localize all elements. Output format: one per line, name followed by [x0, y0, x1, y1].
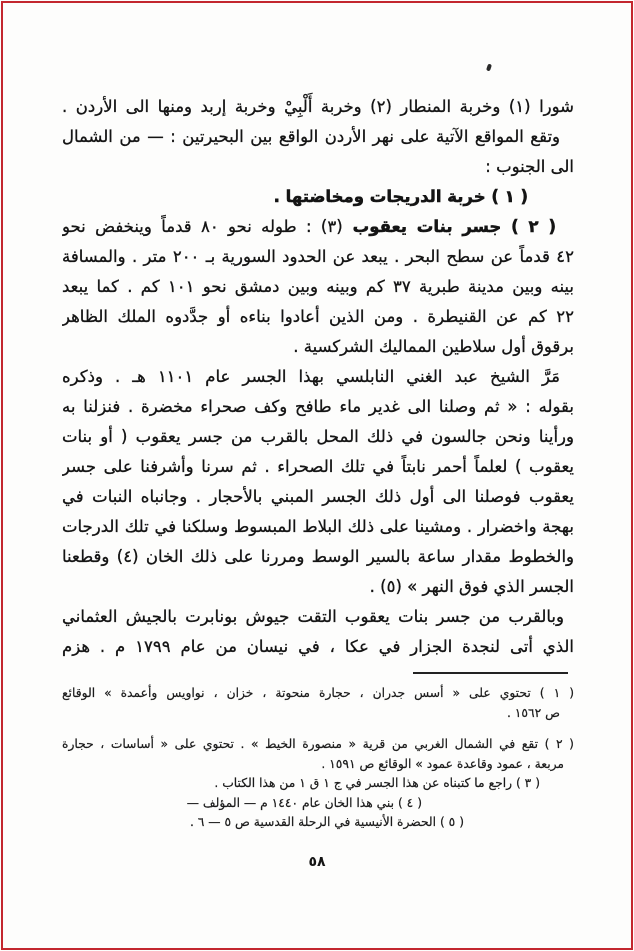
body-line: الى الجنوب : — [62, 152, 574, 182]
footnote-line: ( ٤ ) بني هذا الخان عام ١٤٤٠ م — المؤلف … — [0, 794, 422, 814]
body-line: والخطوط مقدار ساعة بالسير الوسط ومررنا ع… — [62, 542, 574, 572]
body-line: يعقوب ) لعلماً أحمر نابتاً في تلك الصحرا… — [62, 452, 574, 482]
book-page: شورا (١) وخربة المنطار (٢) وخربة أَلْبِي… — [0, 0, 634, 951]
body-line: بينه وبين مدينة طبرية ٣٧ كم وبينه وبين د… — [62, 272, 574, 302]
body-line: ٢٢ كم عن القنيطرة . ومن الذين أعادوا بنا… — [62, 302, 574, 332]
body-line: برقوق أول سلاطين المماليك الشركسية . — [62, 332, 574, 362]
body-line: مَرَّ الشيخ عبد الغني النابلسي بهذا الجس… — [62, 362, 574, 392]
body-line: وبالقرب من جسر بنات يعقوب التقت جيوش بون… — [62, 602, 574, 632]
body-line: ٤٢ قدماً عن سطح البحر . يبعد عن الحدود ا… — [62, 242, 574, 272]
body-line: شورا (١) وخربة المنطار (٢) وخربة أَلْبِي… — [62, 92, 574, 122]
footnote-line: مربعة ، عمود وقاعدة عمود » الوقائع ص ١٥٩… — [52, 755, 564, 775]
heading-rest-text: (٣) : طوله نحو ٨٠ قدماً وينخفض نحو — [62, 217, 343, 236]
body-line: ورأينا ونحن جالسون في ذلك المحل بالقرب م… — [62, 422, 574, 452]
footnote-line: ( ٣ ) راجع ما كتبناه عن هذا الجسر في ج ١… — [28, 774, 540, 794]
scanned-book-page: { "page": { "number": "٥٨", "border_colo… — [0, 0, 634, 951]
footnote-separator — [413, 672, 568, 674]
footnote-line: ص ١٥٦٢ . — [48, 704, 560, 724]
heading-bold-text: ( ٢ ) جسر بنات يعقوب — [353, 217, 556, 236]
footnote-line: ( ٥ ) الحضرة الأنيسية في الرحلة القدسية … — [0, 813, 464, 833]
body-line: وتقع المواقع الآتية على نهر الأردن الواق… — [62, 122, 574, 152]
body-line: الجسر الذي فوق النهر » (٥) . — [62, 572, 574, 602]
body-line: بقوله : « ثم وصلنا الى غدير ماء طافح وكف… — [62, 392, 574, 422]
body-line: الذي أتى لنجدة الجزار في عكا ، في نيسان … — [62, 632, 574, 662]
body-line-heading: ( ١ ) خربة الدريجات ومخاضتها . — [62, 182, 574, 212]
body-line-heading: ( ٢ ) جسر بنات يعقوب(٣) : طوله نحو ٨٠ قد… — [62, 212, 574, 242]
footnote-line: ( ١ ) تحتوي على « أسس جدران ، حجارة منحو… — [62, 684, 574, 704]
body-line: بهجة واخضرار . ومشينا على ذلك البلاط الم… — [62, 512, 574, 542]
page-text-block: شورا (١) وخربة المنطار (٢) وخربة أَلْبِي… — [62, 92, 574, 833]
body-line: يعقوب فوصلنا الى أول ذلك الجسر المبني با… — [62, 482, 574, 512]
page-number: ٥٨ — [0, 854, 634, 870]
footnote-line: ( ٢ ) تقع في الشمال الغربي من قرية « منص… — [62, 735, 574, 755]
ink-speck — [486, 64, 492, 72]
